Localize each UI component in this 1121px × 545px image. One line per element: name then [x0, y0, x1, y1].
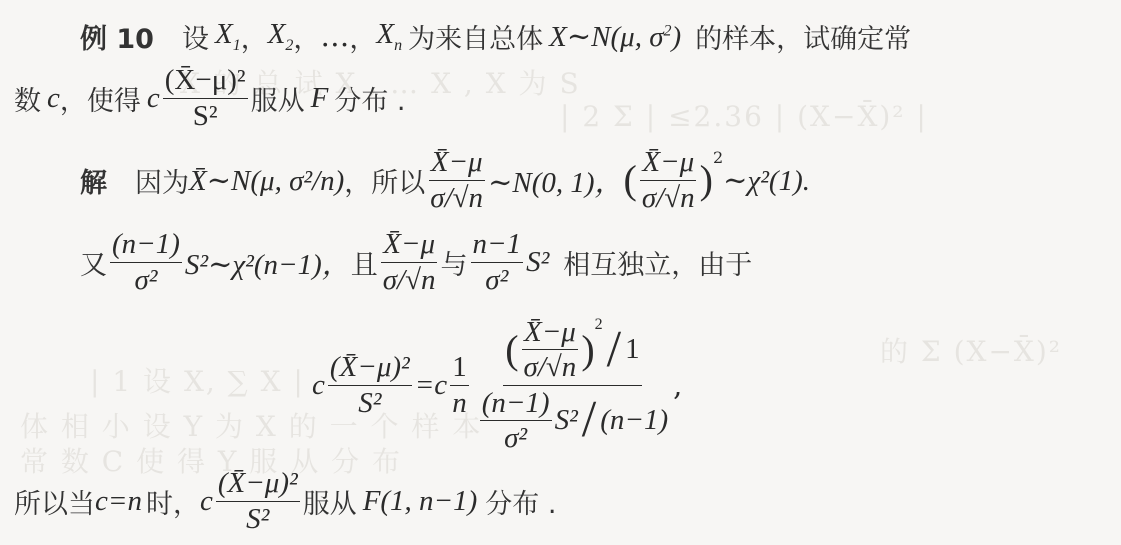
sample-var: X2 — [268, 18, 294, 55]
scaled-variance-fraction: (n−1) σ² — [110, 229, 182, 295]
example-statement-line-1: 例 10 设 X1 ， X2 ， … ， Xn 为来自总体 X∼N(μ, σ2)… — [80, 14, 911, 58]
example-statement-line-2: 数 c ，使得 c (X̄−μ)² S² 服从 F 分布 . — [14, 60, 406, 136]
statement-text: 的样本，试确定常 — [695, 17, 911, 56]
sample-var: Xn — [376, 18, 402, 55]
standardized-fraction: X̄−μ σ/√n — [381, 229, 438, 295]
sample-var: X1 — [215, 18, 241, 55]
statement-text: 设 — [182, 17, 209, 56]
bleed-through-text: | 1 设 X, ∑ X | — [90, 360, 305, 400]
one-over-n-fraction: 1 n — [450, 352, 469, 418]
statement-text: 为来自总体 — [408, 17, 543, 56]
display-equation: c (X̄−μ)² S² =c 1 n ( X̄−μ σ/√n )2 / 1 (… — [312, 305, 682, 465]
population-dist: X∼N(μ, σ2) — [549, 19, 681, 54]
ratio-fraction: (X̄−μ)² S² — [216, 468, 300, 534]
solution-label: 解 — [80, 161, 107, 200]
standardized-fraction: X̄−μ σ/√n — [428, 147, 485, 213]
solution-line-2: 又 (n−1) σ² S²∼χ²(n−1)， 且 X̄−μ σ/√n 与 n−1… — [80, 222, 752, 302]
solution-line-1: 解 因为 X̄∼N(μ, σ²/n) ，所以 X̄−μ σ/√n ∼N(0, 1… — [80, 140, 810, 220]
bleed-through-text: | 2 Σ | ≤2.36 | (X−X̄)² | — [560, 100, 928, 133]
bleed-through-text: 的 Σ (X−X̄)² — [880, 330, 1062, 370]
scaled-variance-fraction: n−1 σ² — [471, 229, 524, 295]
ratio-fraction: (X̄−μ)² S² — [163, 65, 248, 131]
conclusion-line: 所以当 c=n 时， c (X̄−μ)² S² 服从 F(1, n−1) 分布 … — [14, 462, 556, 540]
ratio-fraction: (X̄−μ)² S² — [328, 352, 412, 418]
ellipsis: … — [320, 19, 349, 53]
example-label: 例 10 — [80, 17, 154, 56]
f-statistic-fraction: ( X̄−μ σ/√n )2 / 1 (n−1) σ² S² / (n−1) — [475, 317, 670, 454]
standardized-fraction: X̄−μ σ/√n — [640, 147, 697, 213]
